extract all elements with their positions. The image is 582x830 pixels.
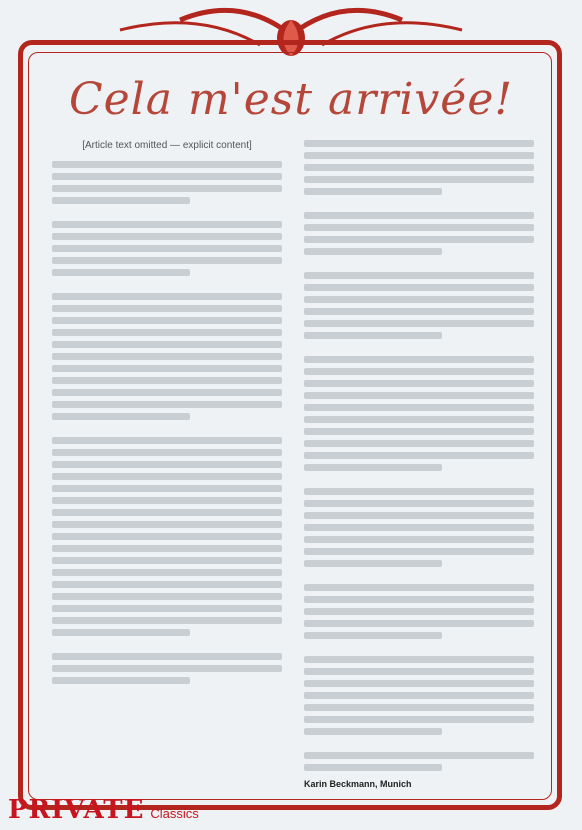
article-title: Cela m'est arrivée! [0, 74, 582, 125]
content-notice: [Article text omitted — explicit content… [52, 140, 282, 151]
article-body: [Article text omitted — explicit content… [52, 140, 534, 760]
footer-branding: PRIVATE Classics [0, 790, 308, 830]
article-column-left: [Article text omitted — explicit content… [52, 140, 282, 760]
article-signature: Karin Beckmann, Munich [304, 779, 534, 789]
magazine-page: Cela m'est arrivée! [Article text omitte… [0, 0, 582, 830]
brand-subtitle: Classics [150, 806, 198, 821]
article-column-right: Karin Beckmann, Munich [304, 140, 534, 760]
brand-logo: PRIVATE [8, 795, 144, 825]
